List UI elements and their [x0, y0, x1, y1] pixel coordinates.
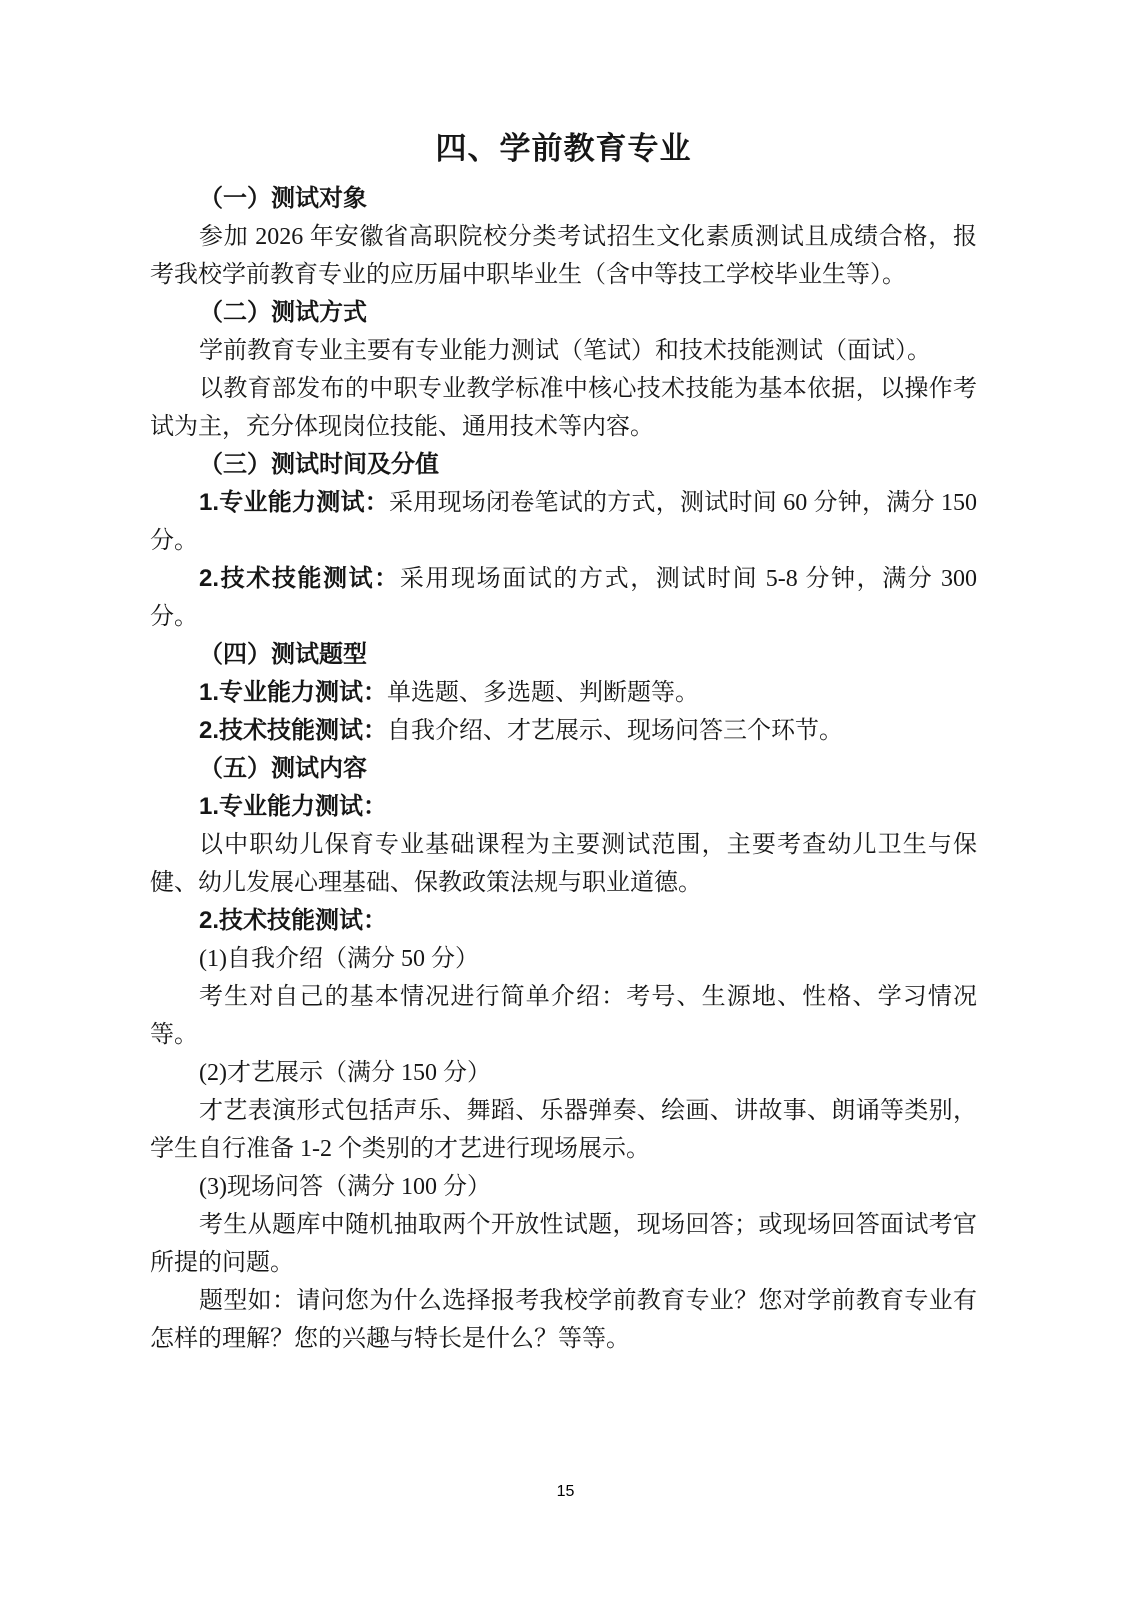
subitem-qa: (3)现场问答（满分 100 分） — [150, 1168, 977, 1206]
numbered-item-skill-content: 2.技术技能测试： — [150, 902, 977, 940]
section-heading-test-content: （五）测试内容 — [150, 750, 977, 788]
item-label: 1.专业能力测试： — [199, 489, 389, 516]
item-label: 1.专业能力测试： — [199, 793, 387, 820]
paragraph-self-introduction: 考生对自己的基本情况进行简单介绍：考号、生源地、性格、学习情况等。 — [150, 978, 977, 1054]
page-number: 15 — [0, 1483, 1131, 1501]
section-heading-test-method: （二）测试方式 — [150, 294, 977, 332]
paragraph-ability-content: 以中职幼儿保育专业基础课程为主要测试范围，主要考查幼儿卫生与保健、幼儿发展心理基… — [150, 826, 977, 902]
subitem-talent-show: (2)才艺展示（满分 150 分） — [150, 1054, 977, 1092]
paragraph-qa: 考生从题库中随机抽取两个开放性试题，现场回答；或现场回答面试考官所提的问题。 — [150, 1206, 977, 1282]
item-text: 自我介绍、才艺展示、现场问答三个环节。 — [387, 718, 843, 744]
numbered-item-ability-time: 1.专业能力测试：采用现场闭卷笔试的方式，测试时间 60 分钟，满分 150 分… — [150, 484, 977, 560]
numbered-item-ability-content: 1.专业能力测试： — [150, 788, 977, 826]
section-heading-test-target: （一）测试对象 — [150, 180, 977, 218]
paragraph-test-method-1: 学前教育专业主要有专业能力测试（笔试）和技术技能测试（面试）。 — [150, 332, 977, 370]
numbered-item-skill-types: 2.技术技能测试：自我介绍、才艺展示、现场问答三个环节。 — [150, 712, 977, 750]
document-page: 四、学前教育专业 （一）测试对象 参加 2026 年安徽省高职院校分类考试招生文… — [0, 0, 1131, 1600]
document-content: 四、学前教育专业 （一）测试对象 参加 2026 年安徽省高职院校分类考试招生文… — [150, 126, 977, 1358]
paragraph-sample-questions: 题型如：请问您为什么选择报考我校学前教育专业？您对学前教育专业有怎样的理解？您的… — [150, 1282, 977, 1358]
doc-title: 四、学前教育专业 — [150, 126, 977, 172]
item-label: 2.技术技能测试： — [199, 717, 387, 744]
paragraph-test-method-2: 以教育部发布的中职专业教学标准中核心技术技能为基本依据，以操作考试为主，充分体现… — [150, 370, 977, 446]
paragraph-test-target: 参加 2026 年安徽省高职院校分类考试招生文化素质测试且成绩合格，报考我校学前… — [150, 218, 977, 294]
item-label: 2.技术技能测试： — [199, 565, 400, 592]
item-label: 1.专业能力测试： — [199, 679, 387, 706]
paragraph-talent-show: 才艺表演形式包括声乐、舞蹈、乐器弹奏、绘画、讲故事、朗诵等类别，学生自行准备 1… — [150, 1092, 977, 1168]
subitem-self-introduction: (1)自我介绍（满分 50 分） — [150, 940, 977, 978]
section-heading-time-score: （三）测试时间及分值 — [150, 446, 977, 484]
item-text: 单选题、多选题、判断题等。 — [387, 680, 699, 706]
item-label: 2.技术技能测试： — [199, 907, 387, 934]
section-heading-question-types: （四）测试题型 — [150, 636, 977, 674]
numbered-item-ability-types: 1.专业能力测试：单选题、多选题、判断题等。 — [150, 674, 977, 712]
numbered-item-skill-time: 2.技术技能测试：采用现场面试的方式，测试时间 5-8 分钟，满分 300 分。 — [150, 560, 977, 636]
